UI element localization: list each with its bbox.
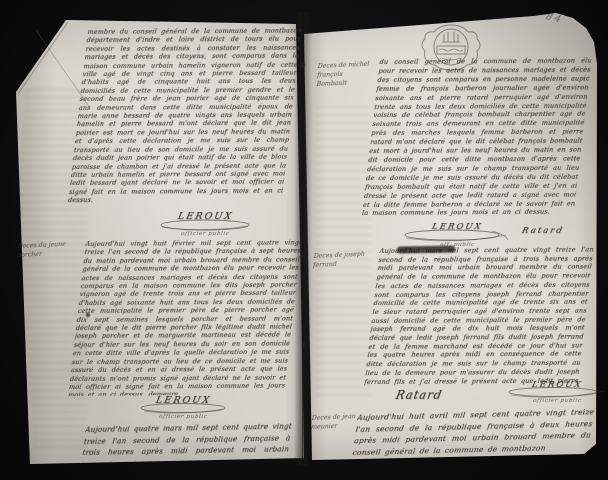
signature-name: LEROUX [154, 395, 211, 406]
ink-smear [397, 245, 455, 253]
margin-note: Deces de joseph ferrand [313, 250, 365, 270]
signature-name: LEROUX [431, 222, 484, 232]
signature-block: LEROUX officier public [505, 380, 608, 404]
stitch-blot [302, 342, 306, 348]
signature-name: Ratard [521, 226, 565, 236]
signature-title: officier public [532, 398, 581, 404]
signature-block: LEROUX officier public [128, 395, 238, 420]
death-act-text: membre du conseil général de la commune … [67, 27, 302, 212]
stitch-blot [301, 253, 305, 258]
signature-name: Ratard [395, 388, 444, 402]
ink-blot [86, 313, 90, 317]
signature-block: LEROUX off. public [398, 222, 516, 248]
death-act-text: Aujourd'hui vingt huit février mil sept … [68, 238, 302, 396]
signature-title: officier public [158, 414, 207, 420]
margin-note: Deces de jean meunier [311, 412, 356, 432]
death-act-text: du conseil général de la commune de mont… [361, 57, 593, 226]
margin-note: Deces du jeune porcher [17, 240, 66, 260]
margin-note: Deces de michel françois Bombault [316, 60, 369, 89]
signature-title: officier public [180, 231, 229, 237]
gutter-stitch-line [302, 14, 303, 464]
signature-block: LEROUX officier public [150, 211, 260, 237]
signature-name: LEROUX [176, 211, 233, 222]
death-act-text: Aujourd'hui mars mil sept cent quatre vi… [364, 246, 594, 387]
signature-name: LEROUX [531, 380, 584, 390]
scanned-register-spread: 84 membre du conseil général de la commu… [0, 0, 608, 480]
stitch-blot [300, 62, 305, 68]
death-act-text: Aujourd'hui quatre mars mil sept cent qu… [81, 420, 292, 462]
death-act-text: Aujourd'hui huit avril mil sept cent qua… [352, 406, 595, 460]
